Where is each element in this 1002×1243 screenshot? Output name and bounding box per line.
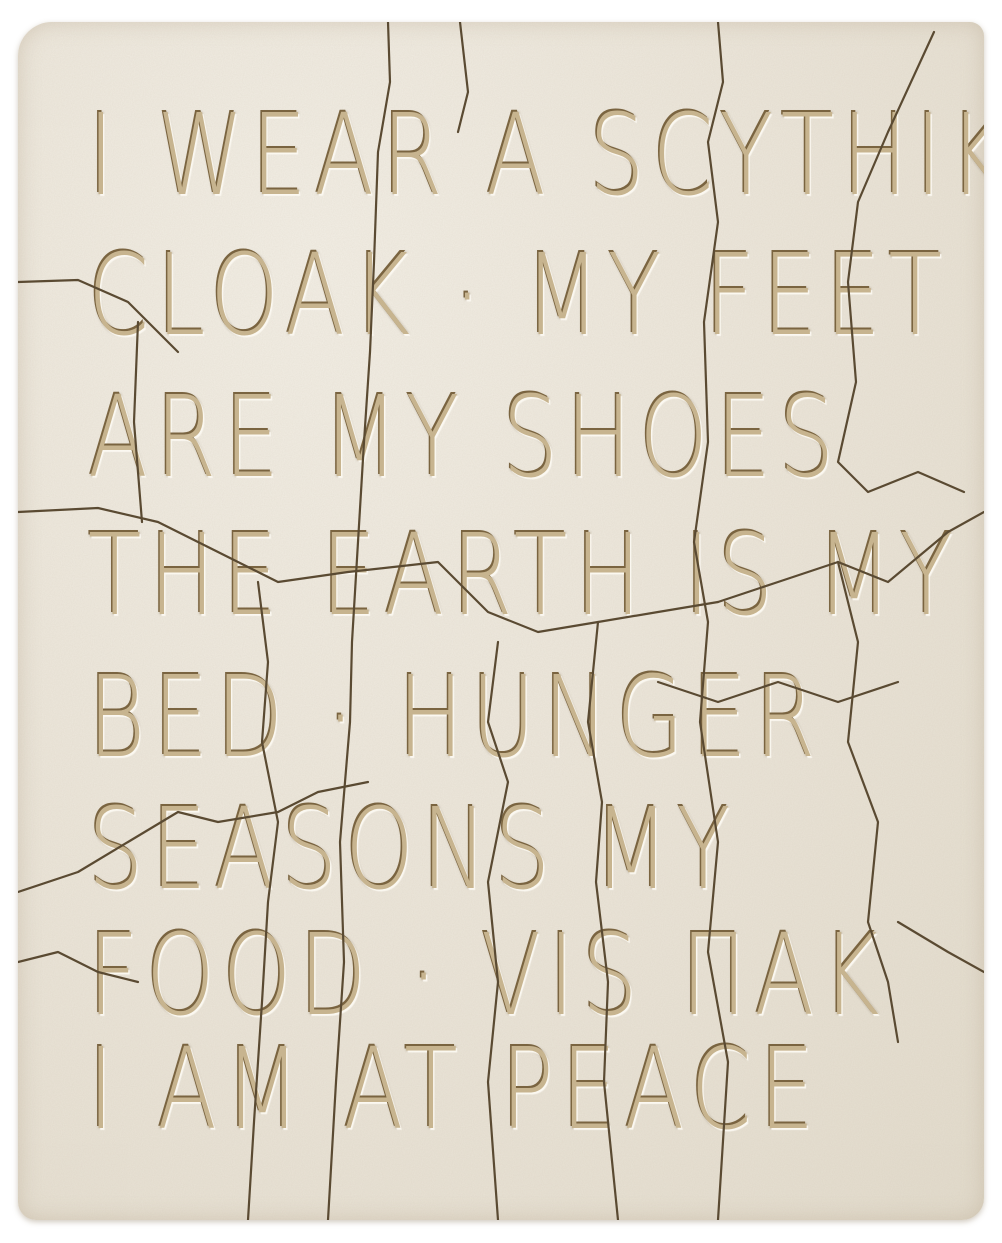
- plaster-tablet: I WEAR A SCYTHIK CLOAK · MY FEET ARE MY …: [18, 22, 984, 1220]
- surface-cracks: [18, 22, 984, 1220]
